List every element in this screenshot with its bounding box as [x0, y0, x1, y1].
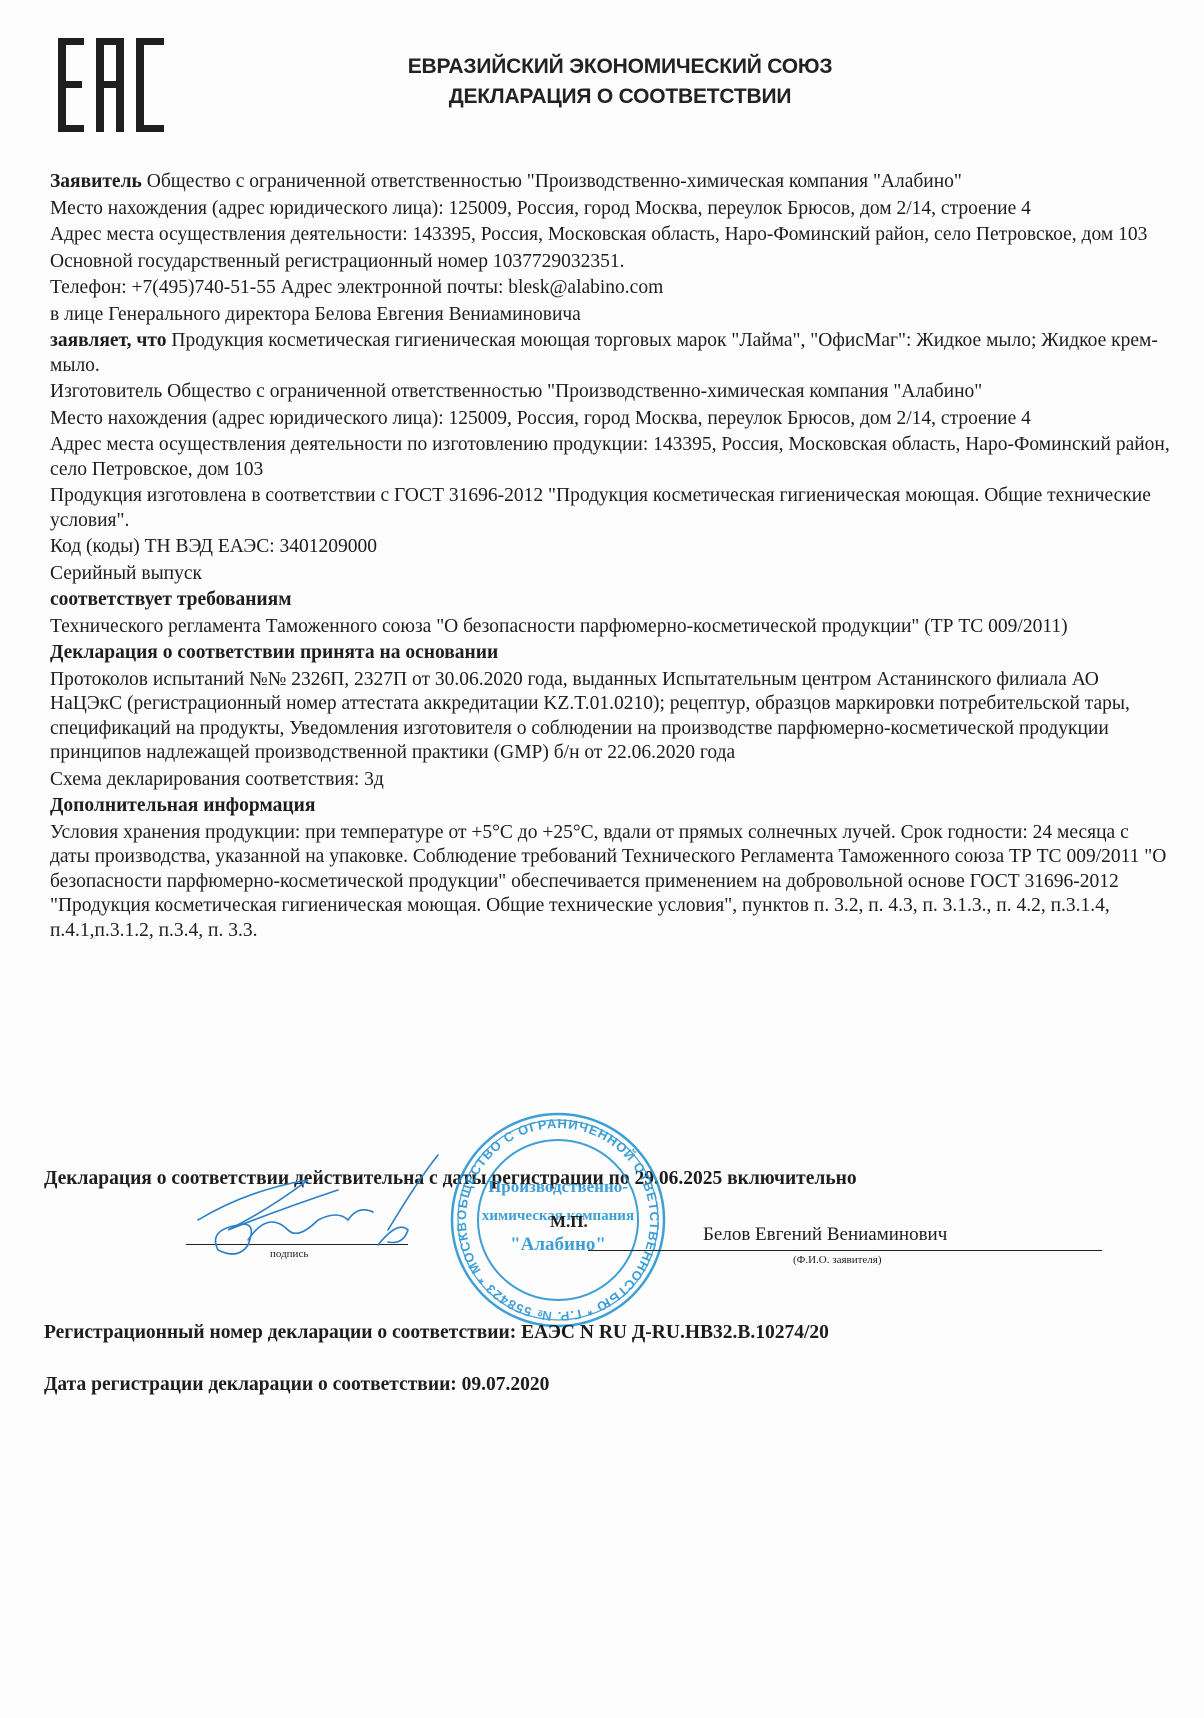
- declares-line: заявляет, что Продукция косметическая ги…: [50, 329, 1170, 378]
- applicant-name: Общество с ограниченной ответственностью…: [142, 171, 962, 192]
- handwritten-signature-icon: [188, 1150, 458, 1270]
- applicant-activity-address: Адрес места осуществления деятельности: …: [50, 223, 1170, 248]
- union-title: ЕВРАЗИЙСКИЙ ЭКОНОМИЧЕСКИЙ СОЮЗ: [330, 52, 910, 82]
- conforms-text: Технического регламента Таможенного союз…: [50, 615, 1170, 640]
- declaration-scheme: Схема декларирования соответствия: 3д: [50, 768, 1170, 793]
- manufacturer-production-address: Адрес места осуществления деятельности п…: [50, 433, 1170, 482]
- conforms-label: соответствует требованиям: [50, 588, 1170, 613]
- declaration-body: Заявитель Общество с ограниченной ответс…: [50, 170, 1170, 945]
- applicant-label: Заявитель: [50, 171, 142, 192]
- manufacturer-name: Изготовитель Общество с ограниченной отв…: [50, 380, 1170, 405]
- applicant-contacts: Телефон: +7(495)740-51-55 Адрес электрон…: [50, 276, 1170, 301]
- registration-date: 09.07.2020: [462, 1374, 550, 1395]
- hs-code: Код (коды) ТН ВЭД ЕАЭС: 3401209000: [50, 535, 1170, 560]
- signer-name-line: [588, 1250, 1102, 1251]
- basis-label: Декларация о соответствии принята на осн…: [50, 641, 1170, 666]
- registration-number-label: Регистрационный номер декларации о соотв…: [44, 1322, 516, 1343]
- document-title: ДЕКЛАРАЦИЯ О СООТВЕТСТВИИ: [330, 82, 910, 112]
- basis-text: Протоколов испытаний №№ 2326П, 2327П от …: [50, 668, 1170, 766]
- seal-line-1: Производственно-: [488, 1177, 628, 1196]
- manufacturer-legal-address: Место нахождения (адрес юридического лиц…: [50, 407, 1170, 432]
- manufacturer-standard: Продукция изготовлена в соответствии с Г…: [50, 484, 1170, 533]
- additional-info-label: Дополнительная информация: [50, 794, 1170, 819]
- declares-label: заявляет, что: [50, 330, 167, 351]
- seal-placeholder-mp: М.П.: [550, 1212, 588, 1232]
- registration-date-label: Дата регистрации декларации о соответств…: [44, 1374, 457, 1395]
- declares-text: Продукция косметическая гигиеническая мо…: [50, 330, 1158, 376]
- additional-info-text: Условия хранения продукции: при температ…: [50, 821, 1170, 944]
- registration-number: ЕАЭС N RU Д-RU.HB32.B.10274/20: [521, 1322, 829, 1343]
- registration-number-line: Регистрационный номер декларации о соотв…: [44, 1322, 829, 1344]
- document-header: ЕВРАЗИЙСКИЙ ЭКОНОМИЧЕСКИЙ СОЮЗ ДЕКЛАРАЦИ…: [330, 52, 910, 112]
- applicant-legal-address: Место нахождения (адрес юридического лиц…: [50, 197, 1170, 222]
- seal-line-3: "Алабино": [510, 1234, 606, 1255]
- eac-mark-icon: [58, 38, 170, 132]
- applicant-line: Заявитель Общество с ограниченной ответс…: [50, 170, 1170, 195]
- registration-date-line: Дата регистрации декларации о соответств…: [44, 1374, 549, 1396]
- signer-name-caption: (Ф.И.О. заявителя): [793, 1254, 882, 1266]
- eac-logo: [58, 38, 170, 132]
- signer-name: Белов Евгений Вениаминович: [703, 1224, 947, 1246]
- release-type: Серийный выпуск: [50, 562, 1170, 587]
- applicant-representative: в лице Генерального директора Белова Евг…: [50, 303, 1170, 328]
- applicant-ogrn: Основной государственный регистрационный…: [50, 250, 1170, 275]
